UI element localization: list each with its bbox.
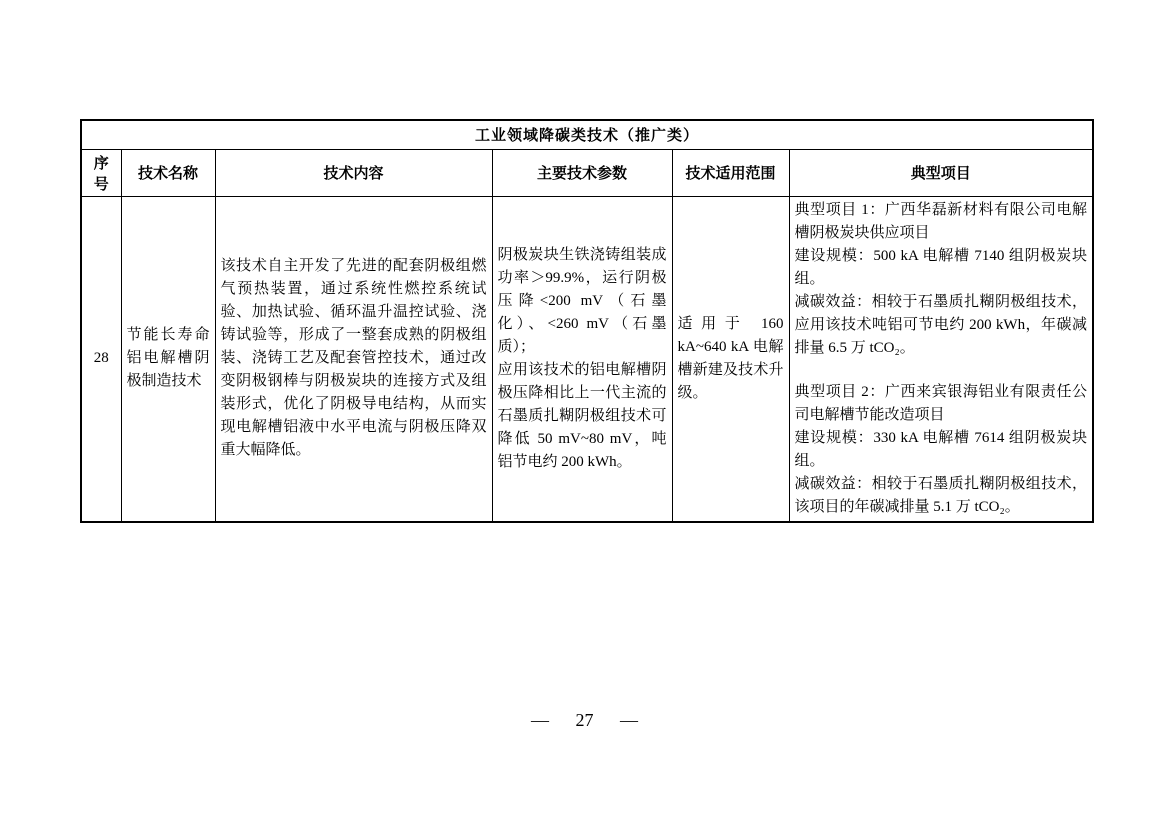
column-header-name: 技术名称 [121,149,215,196]
technology-content-text: 该技术自主开发了先进的配套阴极组燃气预热装置，通过系统性燃控系统试验、加热试验、… [221,255,487,462]
column-header-seq: 序号 [81,149,121,196]
page-footer: — 27 — [0,710,1169,731]
table-row: 28 节能长寿命铝电解槽阴极制造技术 该技术自主开发了先进的配套阴极组燃气预热装… [81,196,1093,522]
cell-technical-parameters: 阴极炭块生铁浇铸组装成功率＞99.9%，运行阴极压降<200 mV（石墨化）、<… [492,196,672,522]
technology-table: 工业领域降碳类技术（推广类） 序号 技术名称 技术内容 主要技术参数 技术适用范… [80,119,1094,523]
column-header-scope: 技术适用范围 [672,149,789,196]
cell-typical-projects: 典型项目 1：广西华磊新材料有限公司电解槽阴极炭块供应项目 建设规模：500 k… [789,196,1093,522]
column-header-content: 技术内容 [215,149,492,196]
table-header-row: 序号 技术名称 技术内容 主要技术参数 技术适用范围 典型项目 [81,149,1093,196]
typical-project-2: 典型项目 2：广西来宾银海铝业有限责任公司电解槽节能改造项目 建设规模：330 … [795,381,1088,519]
column-header-parameters: 主要技术参数 [492,149,672,196]
page-number: 27 [576,710,594,731]
column-header-projects: 典型项目 [789,149,1093,196]
project-scale: 建设规模：500 kA 电解槽 7140 组阴极炭块组。 [795,245,1088,291]
table-title: 工业领域降碳类技术（推广类） [81,120,1093,149]
project-scale: 建设规模：330 kA 电解槽 7614 组阴极炭块组。 [795,427,1088,473]
footer-left-dash: — [531,710,549,731]
typical-project-1: 典型项目 1：广西华磊新材料有限公司电解槽阴极炭块供应项目 建设规模：500 k… [795,199,1088,360]
project-benefit: 减碳效益：相较于石墨质扎糊阴极组技术，应用该技术吨铝可节电约 200 kWh，年… [795,291,1088,360]
project-benefit: 减碳效益：相较于石墨质扎糊阴极组技术，该项目的年碳减排量 5.1 万 tCO₂。 [795,473,1088,519]
cell-technology-content: 该技术自主开发了先进的配套阴极组燃气预热装置，通过系统性燃控系统试验、加热试验、… [215,196,492,522]
project-title: 典型项目 2：广西来宾银海铝业有限责任公司电解槽节能改造项目 [795,381,1088,427]
project-title: 典型项目 1：广西华磊新材料有限公司电解槽阴极炭块供应项目 [795,199,1088,245]
cell-sequence-number: 28 [81,196,121,522]
parameter-paragraph: 阴极炭块生铁浇铸组装成功率＞99.9%，运行阴极压降<200 mV（石墨化）、<… [498,244,667,359]
parameter-paragraph: 应用该技术的铝电解槽阴极压降相比上一代主流的石墨质扎糊阴极组技术可降低 50 m… [498,359,667,474]
cell-technology-name: 节能长寿命铝电解槽阴极制造技术 [121,196,215,522]
footer-right-dash: — [620,710,638,731]
cell-applicable-scope: 适用于 160 kA~640 kA 电解槽新建及技术升级。 [672,196,789,522]
table-title-row: 工业领域降碳类技术（推广类） [81,120,1093,149]
